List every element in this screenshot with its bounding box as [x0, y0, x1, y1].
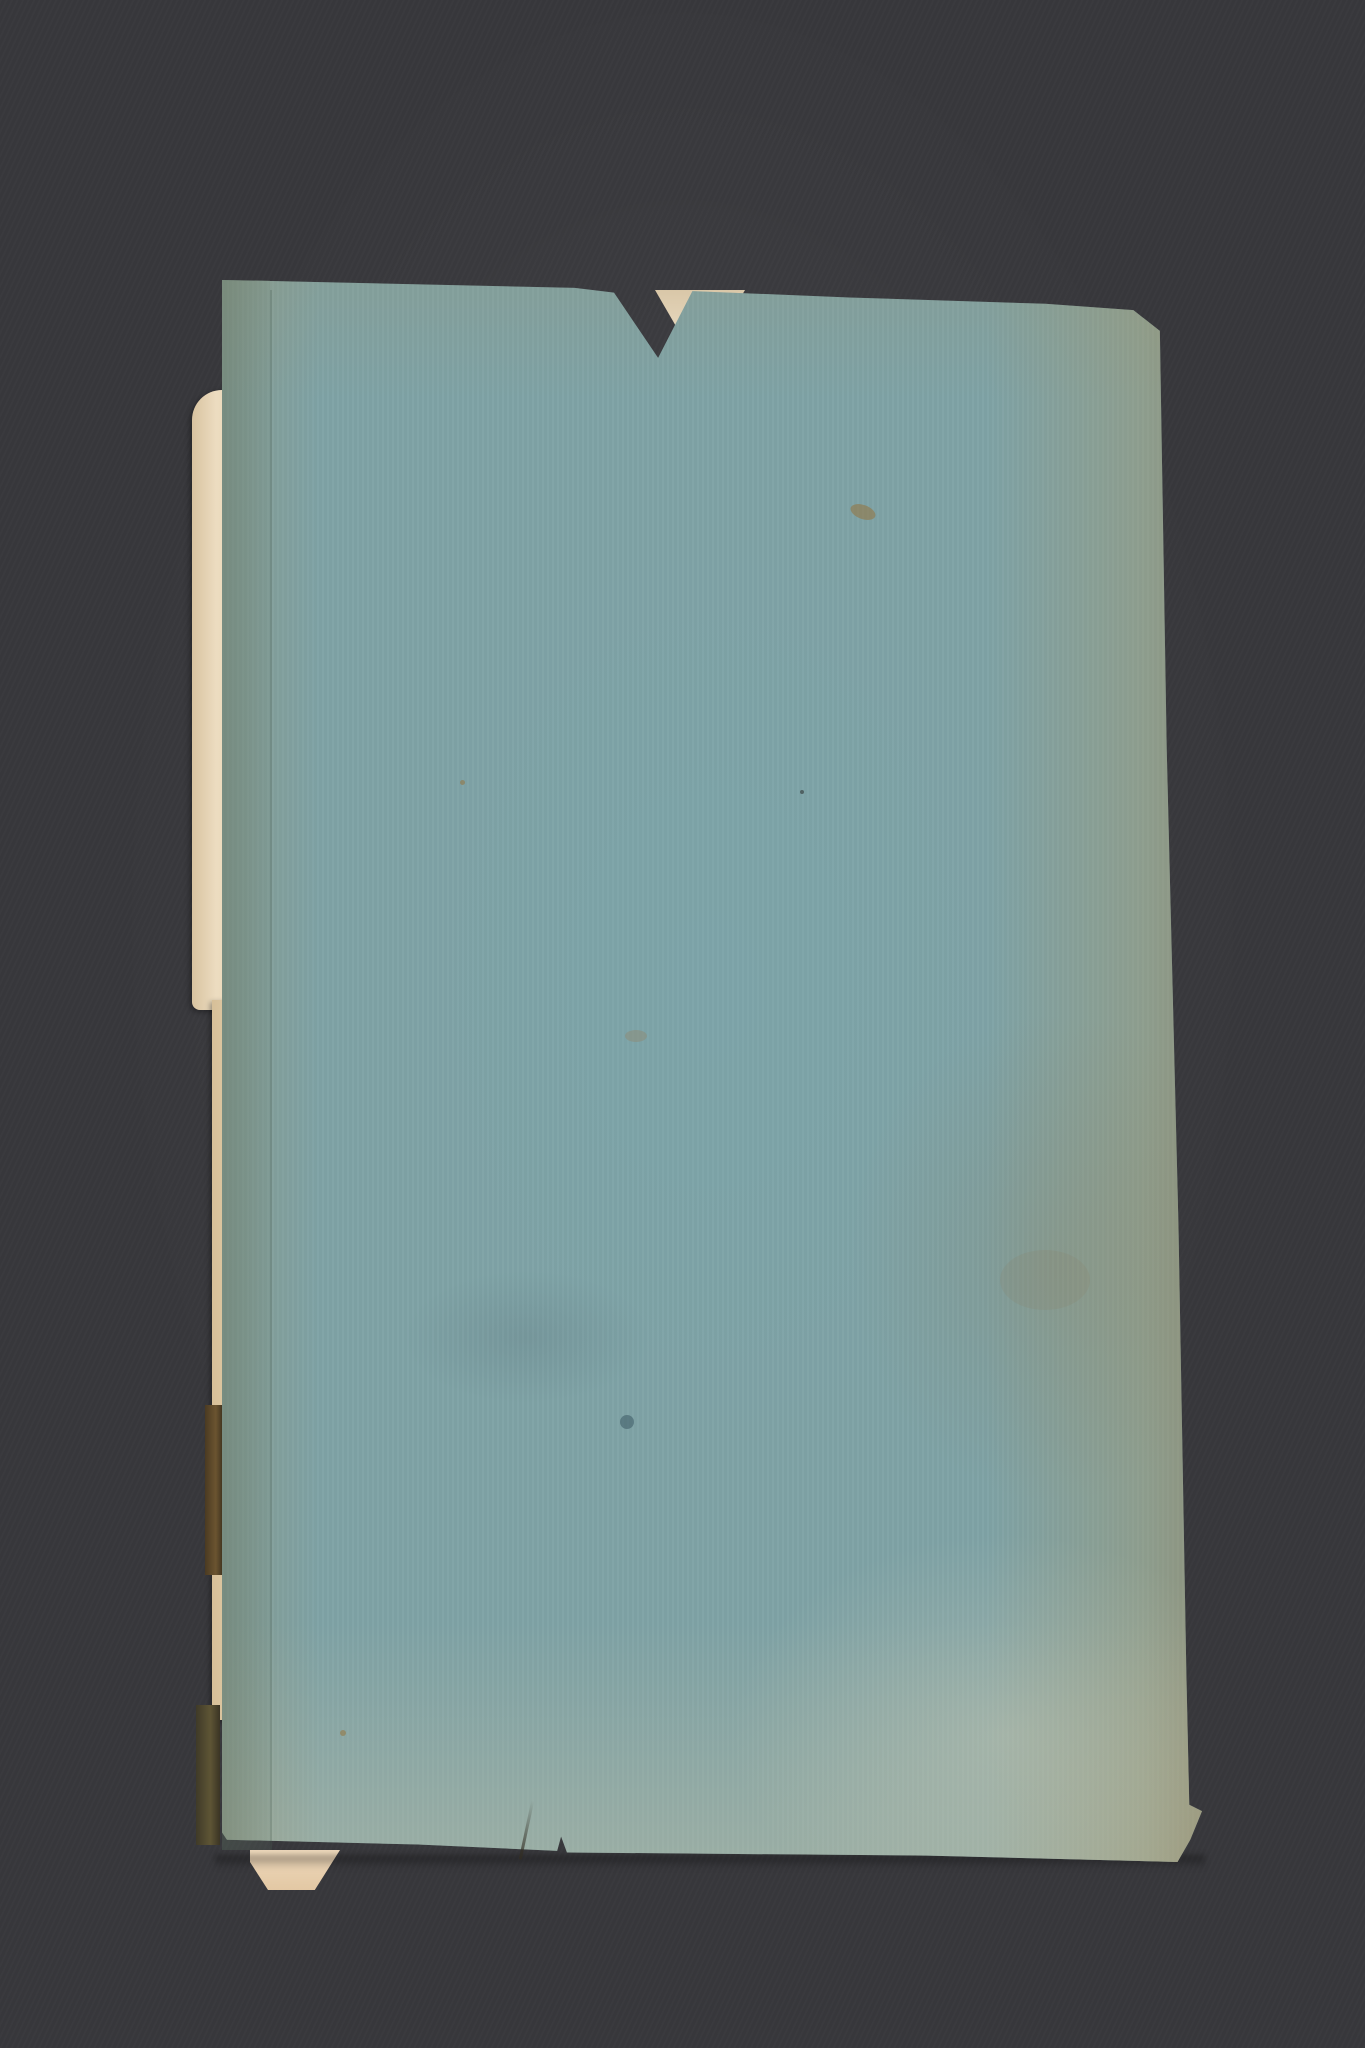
foxing-spot: [800, 790, 804, 794]
blue-gray-paper-cover: [222, 272, 1202, 1862]
protruding-tab-lower: [196, 1705, 220, 1845]
antique-book: [0, 0, 1365, 2048]
foxing-spot: [340, 1730, 346, 1736]
foxing-stain: [625, 1030, 647, 1042]
spine-fold: [222, 280, 270, 1850]
protruding-tab-upper: [205, 1405, 223, 1575]
dark-spot: [620, 1415, 634, 1429]
discoloration-patch: [1000, 1250, 1090, 1310]
foxing-spot: [460, 780, 465, 785]
spine-crease-line: [270, 290, 272, 1850]
